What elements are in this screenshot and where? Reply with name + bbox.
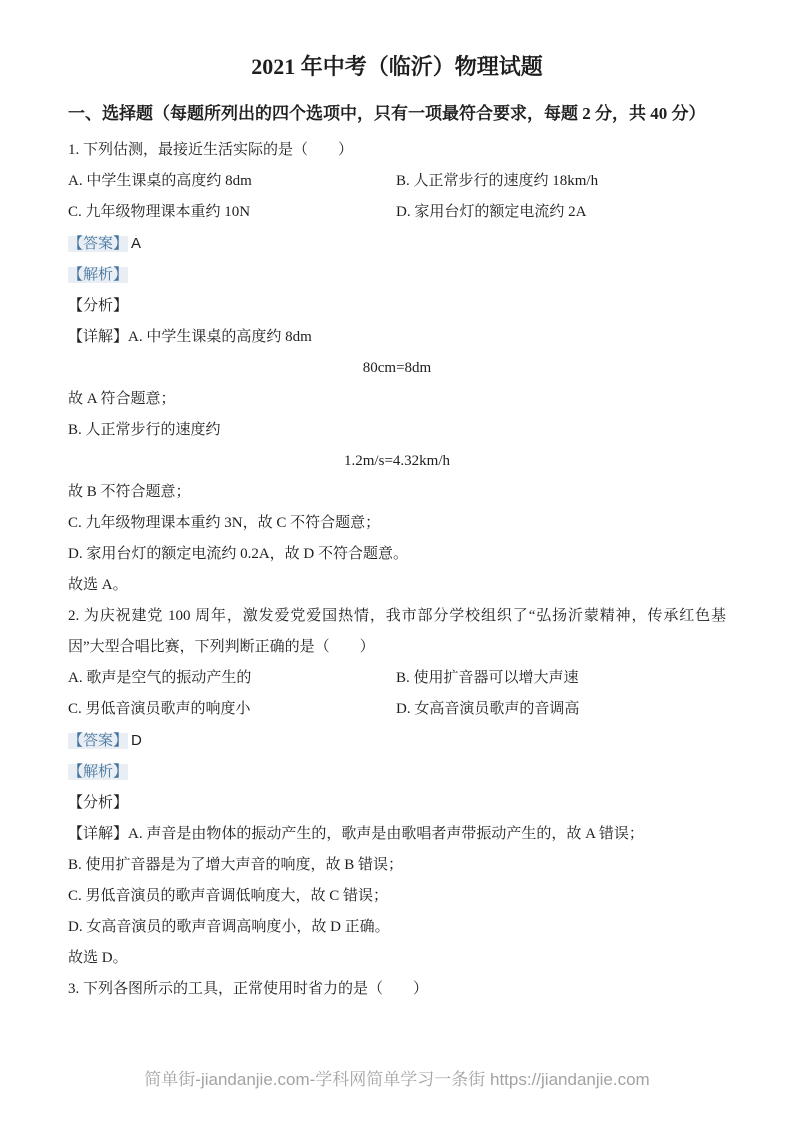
- q2-option-a: A. 歌声是空气的振动产生的: [68, 663, 396, 694]
- page-footer: 简单街-jiandanjie.com-学科网简单学习一条街 https://ji…: [68, 1069, 726, 1091]
- q1-answer-label: 【答案】: [68, 236, 128, 252]
- q2-detail-line-4: D. 女高音演员的歌声音调高响度小，故 D 正确。: [68, 912, 726, 943]
- exam-content: 1. 下列估测，最接近生活实际的是（ ） A. 中学生课桌的高度约 8dm B.…: [68, 135, 726, 1005]
- q1-jiexi-label: 【解析】: [68, 267, 128, 283]
- q1-options-row-2: C. 九年级物理课本重约 10N D. 家用台灯的额定电流约 2A: [68, 197, 726, 228]
- q1-detail-line-4: 故 B 不符合题意；: [68, 477, 726, 508]
- q2-detail-line-3: C. 男低音演员的歌声音调低响度大，故 C 错误；: [68, 881, 726, 912]
- q2-options-row-1: A. 歌声是空气的振动产生的 B. 使用扩音器可以增大声速: [68, 663, 726, 694]
- q1-formula-2: 1.2m/s=4.32km/h: [68, 446, 726, 477]
- q1-detail-line-5: C. 九年级物理课本重约 3N，故 C 不符合题意；: [68, 508, 726, 539]
- q1-option-d: D. 家用台灯的额定电流约 2A: [396, 197, 586, 228]
- q1-answer-value: A: [131, 235, 141, 252]
- exam-page: 2021 年中考（临沂）物理试题 一、选择题（每题所列出的四个选项中，只有一项最…: [0, 0, 793, 1122]
- q1-answer-line: 【答案】A: [68, 228, 726, 260]
- q2-jiexi-line: 【解析】: [68, 757, 726, 788]
- q1-option-b: B. 人正常步行的速度约 18km/h: [396, 166, 598, 197]
- q1-detail-line-6: D. 家用台灯的额定电流约 0.2A，故 D 不符合题意。: [68, 539, 726, 570]
- q1-options-row-1: A. 中学生课桌的高度约 8dm B. 人正常步行的速度约 18km/h: [68, 166, 726, 197]
- q2-detail-line-2: B. 使用扩音器是为了增大声音的响度，故 B 错误；: [68, 850, 726, 881]
- q1-detail-line-3: B. 人正常步行的速度约: [68, 415, 726, 446]
- page-title: 2021 年中考（临沂）物理试题: [68, 50, 726, 84]
- q1-option-c: C. 九年级物理课本重约 10N: [68, 197, 396, 228]
- q1-fenxi-line: 【分析】: [68, 291, 726, 322]
- q2-answer-line: 【答案】D: [68, 725, 726, 757]
- q2-answer-label: 【答案】: [68, 733, 128, 749]
- q2-stem: 2. 为庆祝建党 100 周年，激发爱党爱国热情，我市部分学校组织了“弘扬沂蒙精…: [68, 601, 726, 663]
- q2-options-row-2: C. 男低音演员歌声的响度小 D. 女高音演员歌声的音调高: [68, 694, 726, 725]
- q1-conclusion: 故选 A。: [68, 570, 726, 601]
- q2-jiexi-label: 【解析】: [68, 764, 128, 780]
- q2-detail-line-1: 【详解】A. 声音是由物体的振动产生的，歌声是由歌唱者声带振动产生的，故 A 错…: [68, 819, 726, 850]
- q2-fenxi-line: 【分析】: [68, 788, 726, 819]
- q2-option-d: D. 女高音演员歌声的音调高: [396, 694, 579, 725]
- q2-option-c: C. 男低音演员歌声的响度小: [68, 694, 396, 725]
- section-one-heading: 一、选择题（每题所列出的四个选项中，只有一项最符合要求，每题 2 分，共 40 …: [68, 98, 726, 129]
- q1-stem: 1. 下列估测，最接近生活实际的是（ ）: [68, 135, 726, 166]
- q2-conclusion: 故选 D。: [68, 943, 726, 974]
- q2-answer-value: D: [131, 732, 142, 749]
- q3-stem: 3. 下列各图所示的工具，正常使用时省力的是（ ）: [68, 974, 726, 1005]
- q1-jiexi-line: 【解析】: [68, 260, 726, 291]
- q1-detail-line-2: 故 A 符合题意；: [68, 384, 726, 415]
- q1-formula-1: 80cm=8dm: [68, 353, 726, 384]
- q1-detail-line-1: 【详解】A. 中学生课桌的高度约 8dm: [68, 322, 726, 353]
- q1-option-a: A. 中学生课桌的高度约 8dm: [68, 166, 396, 197]
- q2-option-b: B. 使用扩音器可以增大声速: [396, 663, 579, 694]
